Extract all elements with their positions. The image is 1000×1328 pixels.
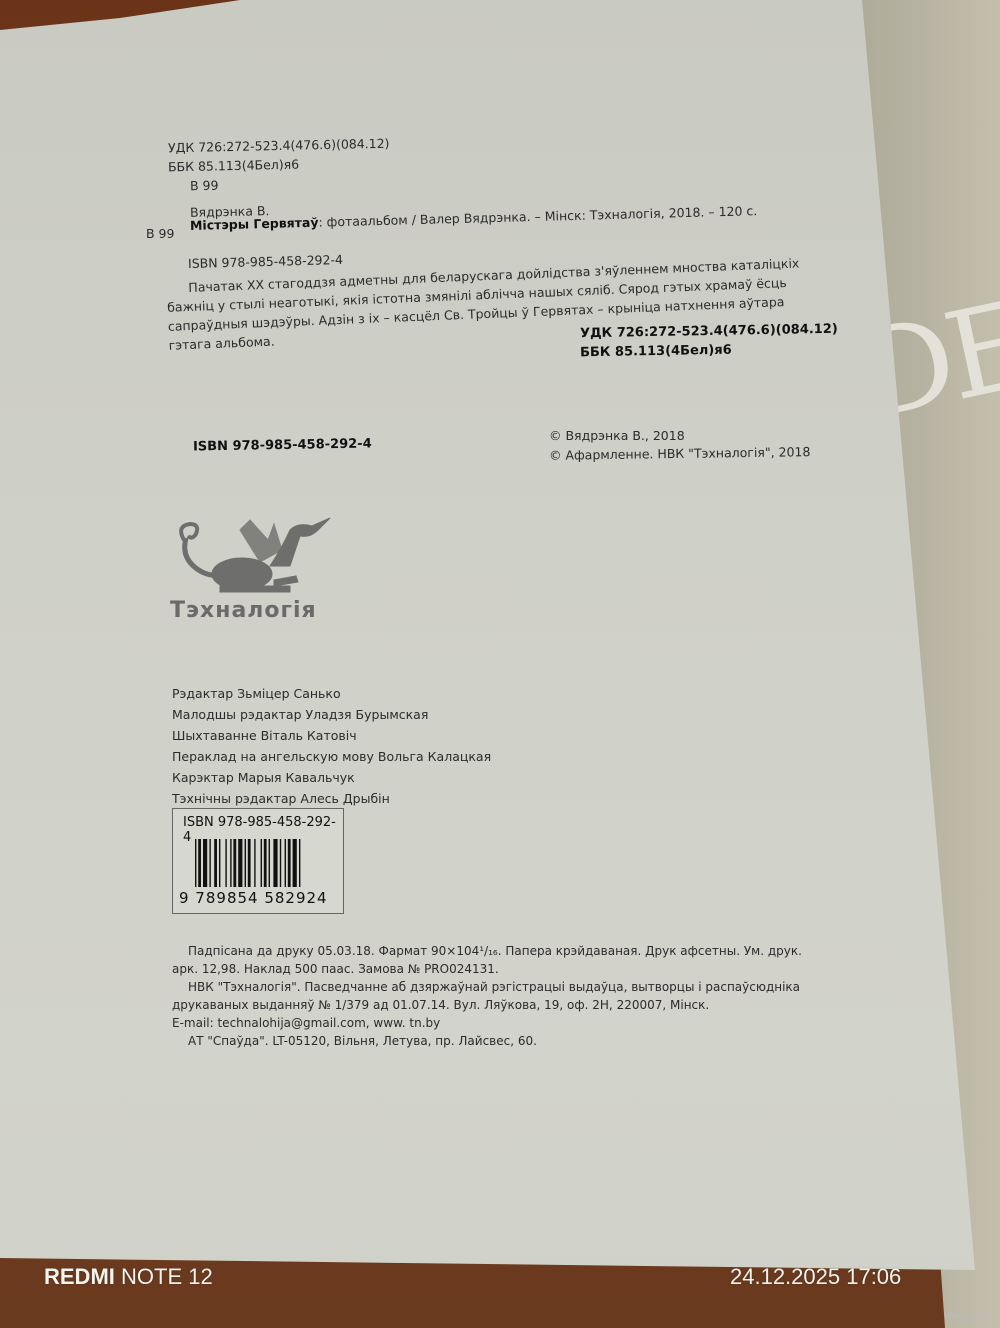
credit-editor: Рэдактар Зьміцер Санько [172,686,341,701]
credit-proofreader: Карэктар Марыя Кавальчук [172,770,355,785]
camera-model: NOTE 12 [121,1264,213,1289]
barcode-bars [195,839,335,895]
book-title-line: Містэры Гервятаў: фотаальбом / Валер Вяд… [190,203,758,233]
imprint-email: E-mail: technalohija@gmail.com, www. tn.… [172,1016,440,1030]
imprint-line: арк. 12,98. Наклад 500 паас. Замова № PR… [172,962,499,976]
author-index: В 99 [190,178,219,194]
imprint-printer: АТ "Спаўда". LT-05120, Вільня, Летува, п… [188,1034,537,1048]
udk-bold: УДК 726:272-523.4(476.6)(084.12) [580,322,838,341]
credit-tech-editor: Тэхнічны рэдактар Алесь Дрыбін [172,791,390,806]
camera-datetime: 24.12.2025 17:06 [730,1264,901,1290]
publisher-logo: Тэхналогія [170,510,350,635]
isbn-bold: ISBN 978-985-458-292-4 [193,436,372,454]
publisher-wordmark: Тэхналогія [170,598,317,623]
book-title: Містэры Гервятаў [190,215,319,233]
bbk-code: ББК 85.113(4Бел)я6 [168,157,299,175]
udk-code: УДК 726:272-523.4(476.6)(084.12) [168,136,390,156]
bbk-bold: ББК 85.113(4Бел)я6 [580,343,732,361]
side-index: В 99 [146,226,174,241]
barcode-digits: 9 789854 582924 [179,889,328,907]
camera-brand: REDMI [44,1264,115,1289]
credit-translation: Пераклад на ангельскую мову Вольга Калац… [172,749,491,764]
credit-typesetting: Шыхтаванне Віталь Катовіч [172,728,357,743]
dragon-icon [170,510,350,600]
copyright-design: © Афармленне. НВК "Тэхналогія", 2018 [549,444,811,463]
camera-watermark-model: REDMI NOTE 12 [44,1264,213,1290]
catalog-isbn: ISBN 978-985-458-292-4 [188,252,343,271]
isbn-barcode: ISBN 978-985-458-292-4 9 789854 582924 [172,808,344,914]
book-page: УДК 726:272-523.4(476.6)(084.12) ББК 85.… [0,0,1000,1328]
book-title-details: : фотаальбом / Валер Вядрэнка. – Мінск: … [318,203,757,229]
imprint-line: друкаваных выданняў № 1/379 ад 01.07.14.… [172,998,709,1012]
imprint-line: Падпісана да друку 05.03.18. Фармат 90×1… [188,944,802,958]
copyright-author: © Вядрэнка В., 2018 [549,428,685,443]
imprint-line: НВК "Тэхналогія". Пасведчанне аб дзяржаў… [188,980,800,994]
credit-junior-editor: Малодшы рэдактар Уладзя Бурымская [172,707,428,722]
site-watermark: www.ay.by [944,1312,992,1322]
